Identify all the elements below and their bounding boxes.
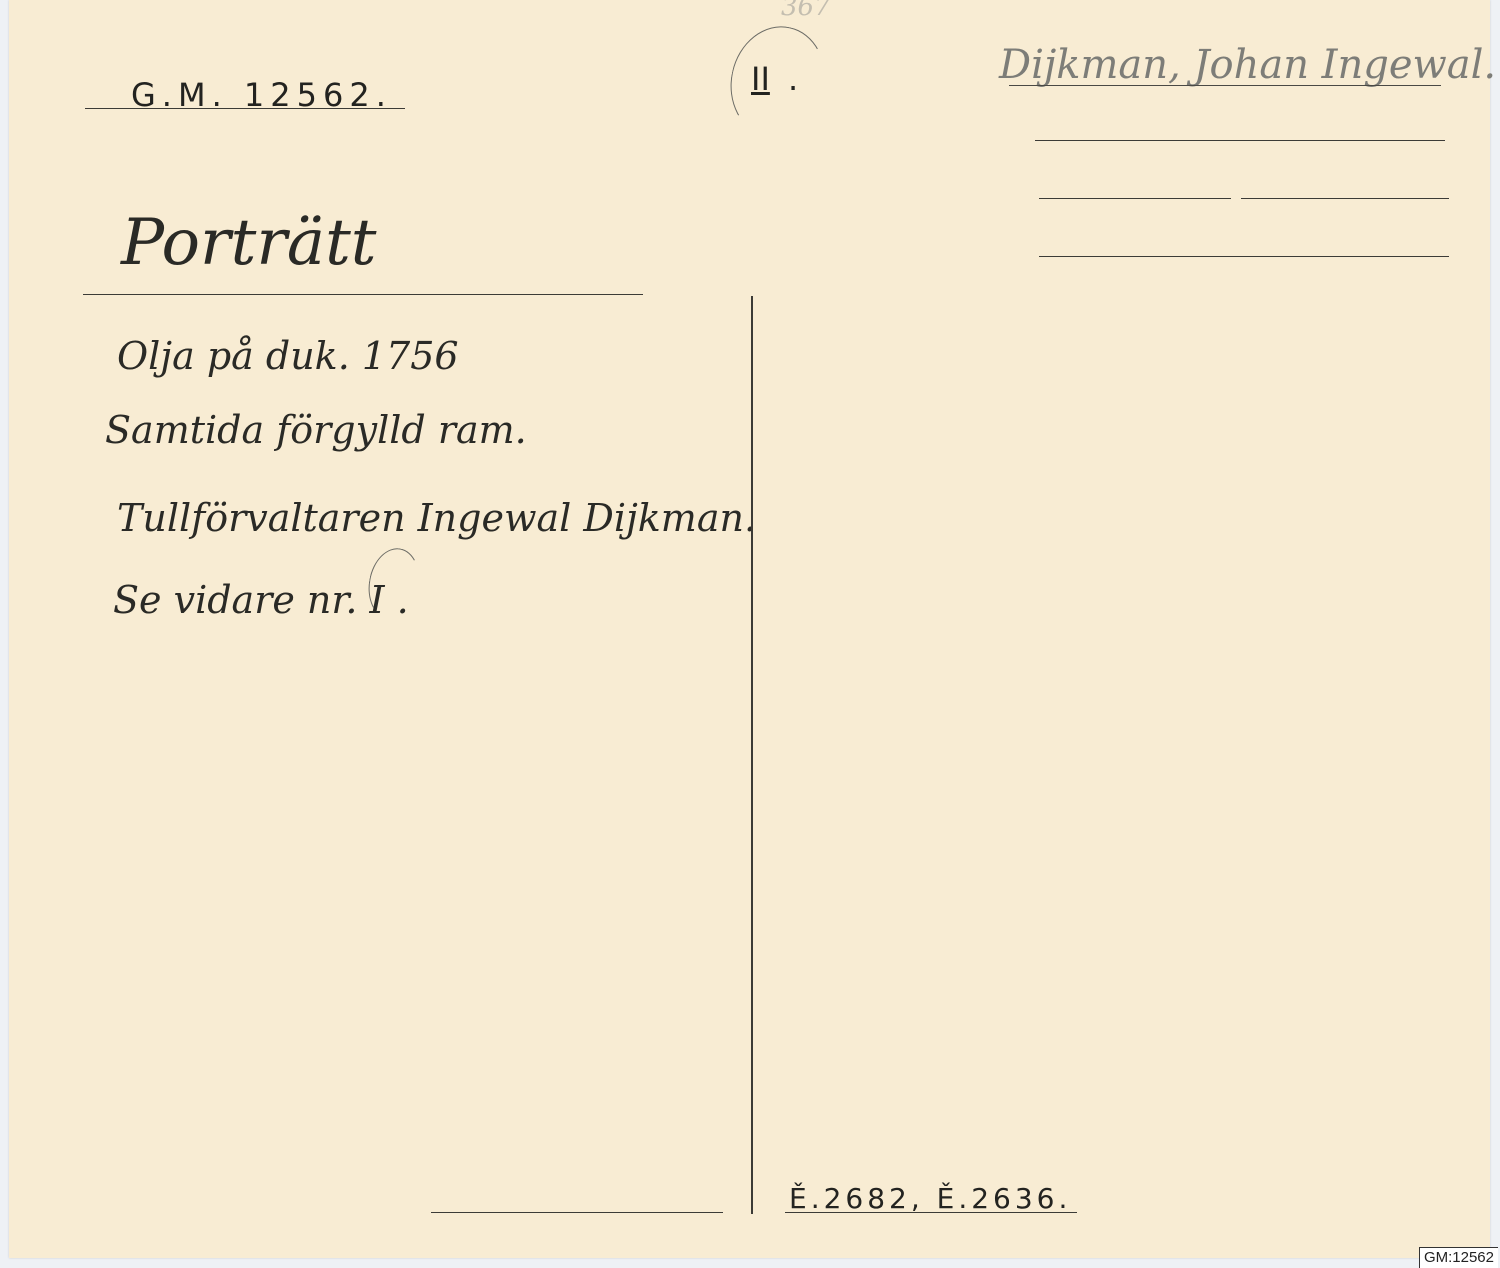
name-underline [1009,85,1441,86]
roman-numeral: II [751,60,770,98]
description-line-see-also: Se vidare nr. I . [113,578,409,622]
category-underline [83,294,643,295]
catalogue-card: G.M. 12562. 367 II . Dijkman, Johan Inge… [9,0,1490,1258]
references-underline [785,1212,1077,1213]
blank-line-2a [1039,198,1231,199]
archive-references: Ě.2682, Ě.2636. [789,1182,1071,1215]
blank-line-1 [1035,140,1445,141]
column-divider [751,296,753,1214]
description-line-provenance: Tullförvaltaren Ingewal Dijkman. [117,496,756,540]
bottom-left-line [431,1212,723,1213]
faint-pencil-number: 367 [781,0,831,22]
category-heading: Porträtt [121,206,377,280]
description-line-frame: Samtida förgylld ram. [105,408,527,452]
roman-suffix: . [788,60,798,98]
inventory-stamp: GM:12562 [1419,1247,1498,1268]
inventory-underline [85,108,405,109]
blank-line-3 [1039,256,1449,257]
roman-numeral-section: II . [751,60,798,98]
blank-line-2b [1241,198,1449,199]
subject-name: Dijkman, Johan Ingewal. [999,42,1496,88]
description-line-medium: Olja på duk. 1756 [117,334,459,378]
